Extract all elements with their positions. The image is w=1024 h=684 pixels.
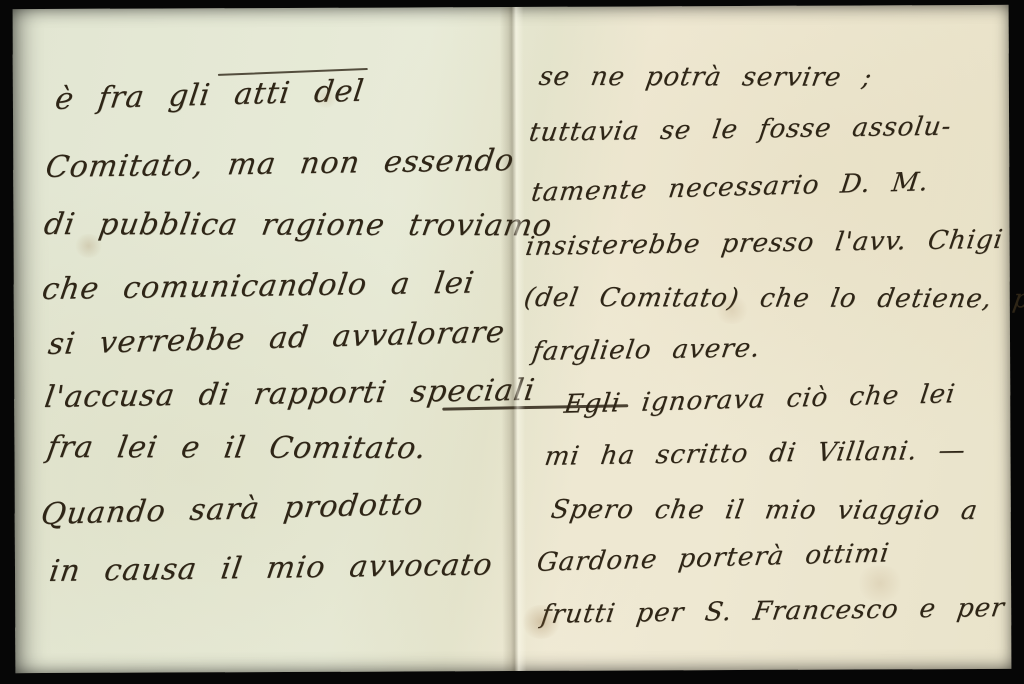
- handwritten-line: in causa il mio avvocato: [47, 547, 495, 589]
- handwritten-line: Gardone porterà ottimi: [535, 538, 891, 578]
- paper-stain: [714, 296, 750, 324]
- letter-paper: è fra gli atti del Comitato, ma non esse…: [13, 5, 1012, 673]
- handwritten-line: fra lei e il Comitato.: [45, 430, 430, 466]
- letter-photograph: è fra gli atti del Comitato, ma non esse…: [0, 0, 1024, 684]
- page-left: è fra gli atti del Comitato, ma non esse…: [29, 7, 504, 673]
- handwritten-line: Quando sarà prodotto: [39, 487, 426, 532]
- handwritten-line: Egli ignorava ciò che lei: [562, 379, 957, 420]
- handwritten-line: che comunicandolo a lei: [40, 266, 477, 307]
- handwritten-line: si verrebbe ad avvalorare: [46, 315, 507, 362]
- handwritten-line: insisterebbe presso l'avv. Chigi: [524, 225, 1006, 262]
- handwritten-line: se ne potrà servire ;: [537, 62, 875, 93]
- paper-stain: [313, 88, 339, 108]
- paper-stain: [520, 605, 562, 639]
- paper-stain: [855, 565, 905, 601]
- handwritten-line: Spero che il mio viaggio a: [549, 495, 980, 526]
- handwritten-line: tamente necessario D. M.: [529, 167, 930, 208]
- handwritten-line: farglielo avere.: [530, 334, 762, 367]
- handwritten-line: di pubblica ragione troviamo: [42, 207, 555, 243]
- handwritten-line: Comitato, ma non essendo: [43, 143, 516, 185]
- handwritten-line: tuttavia se le fosse assolu-: [527, 112, 953, 148]
- handwritten-line: mi ha scritto di Villani. —: [543, 436, 968, 472]
- paper-stain: [74, 234, 104, 258]
- center-fold-crease: [500, 7, 527, 671]
- page-right: se ne potrà servire ; tuttavia se le fos…: [513, 5, 1012, 671]
- handwritten-line: (del Comitato) che lo detiene, per: [522, 283, 1024, 314]
- handwritten-line: frutti per S. Francesco e per: [539, 593, 1007, 630]
